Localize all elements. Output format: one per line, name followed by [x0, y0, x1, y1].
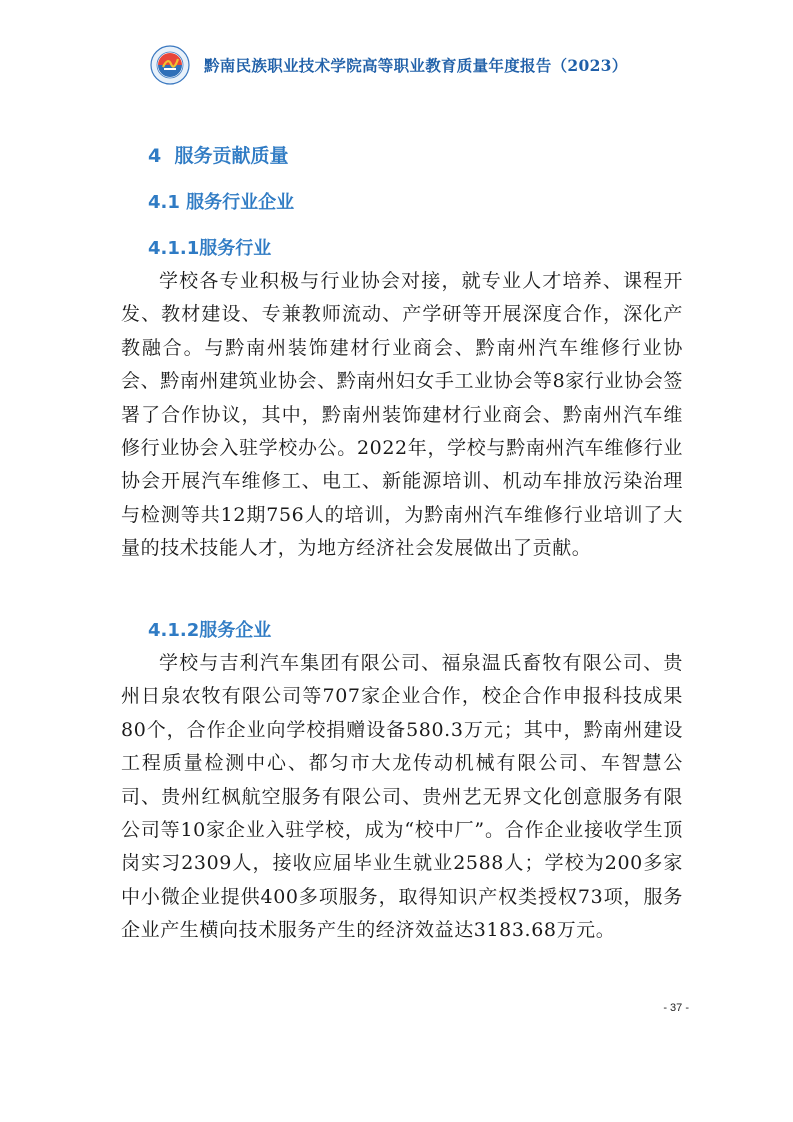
- paragraph-service-enterprise: 学校与吉利汽车集团有限公司、福泉温氏畜牧有限公司、贵州日泉农牧有限公司等707家…: [121, 647, 683, 948]
- college-emblem-logo-icon: [150, 45, 190, 85]
- subsection-heading-4-1-1: 4.1.1服务行业: [148, 234, 271, 260]
- chapter-heading: 4 服务贡献质量: [148, 141, 288, 168]
- page-number: - 37 -: [663, 1002, 689, 1014]
- subsection-heading-4-1-2: 4.1.2服务企业: [148, 616, 271, 642]
- page-header: 黔南民族职业技术学院高等职业教育质量年度报告（2023）: [150, 43, 628, 87]
- paragraph-service-industry: 学校各专业积极与行业协会对接，就专业人才培养、课程开发、教材建设、专兼教师流动、…: [121, 265, 683, 566]
- report-title: 黔南民族职业技术学院高等职业教育质量年度报告（2023）: [204, 54, 628, 76]
- section-heading: 4.1 服务行业企业: [148, 188, 294, 214]
